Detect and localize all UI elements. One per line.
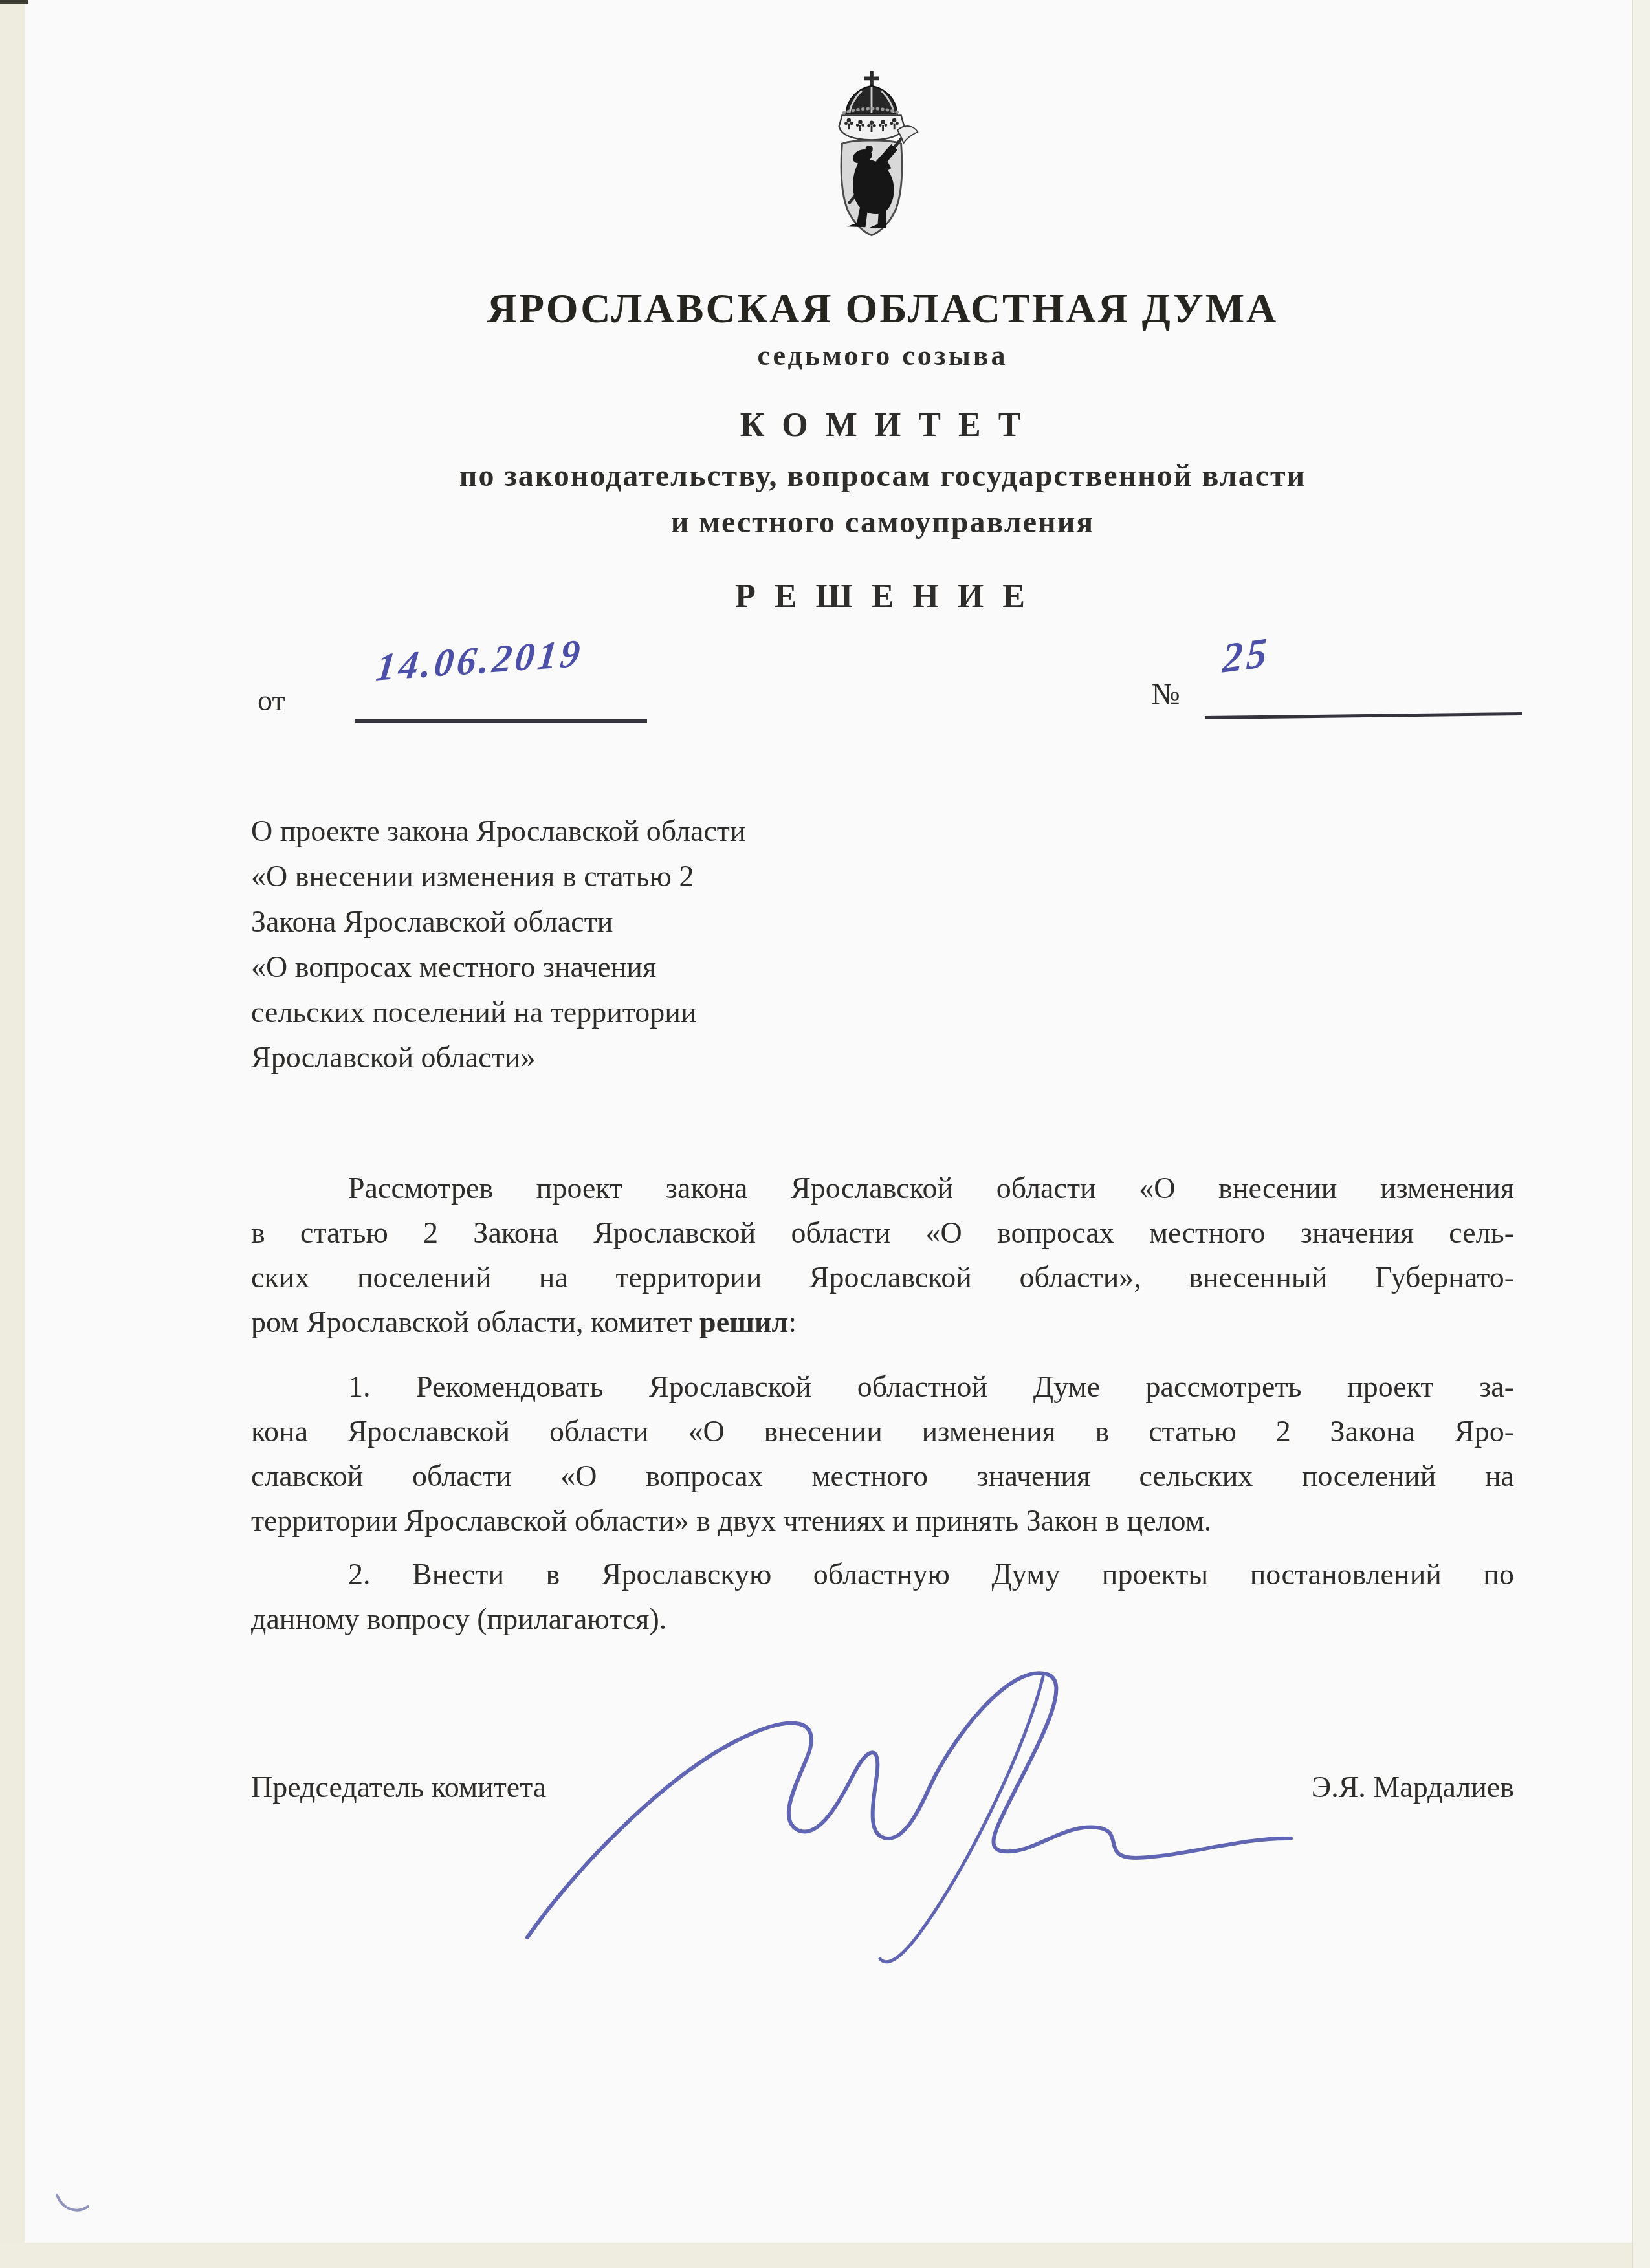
number-rule-line [1205,712,1522,719]
text-line: «О вопросах местного значения [251,944,995,990]
committee-description-line1: по законодательству, вопросам государств… [251,458,1514,494]
signature-ink-icon [453,1630,1359,1992]
text-line: Ярославской области» [251,1035,995,1080]
scan-edge-top-mark [0,0,28,4]
committee-heading: К О М И Т Е Т [251,406,1514,444]
decision-item-1: 1. Рекомендовать Ярославской областной Д… [251,1364,1514,1543]
text-line: 2. Внести в Ярославскую областную Думу п… [251,1552,1514,1597]
text-line: О проекте закона Ярославской области [251,809,995,854]
preamble-justified-lines: Рассмотрев проект закона Ярославской обл… [251,1166,1514,1300]
scan-edge-left-strip [0,0,25,2268]
date-label: от [258,683,285,717]
handwritten-number: 25 [1222,628,1271,683]
preamble-last-line: ром Ярославской области, комитет решил: [251,1300,1514,1344]
date-rule-line [355,719,647,723]
text-line: территории Ярославской области» в двух ч… [251,1498,1514,1543]
text-line: Закона Ярославской области [251,899,995,944]
text-line: ских поселений на территории Ярославской… [251,1255,1514,1300]
preamble-last-line-prefix: ром Ярославской области, комитет [251,1305,699,1338]
text-line: 1. Рекомендовать Ярославской областной Д… [251,1364,1514,1409]
text-line: славской области «О вопросах местного зн… [251,1454,1514,1498]
convocation-subheading: седьмого созыва [251,339,1514,372]
decision-item-2: 2. Внести в Ярославскую областную Думу п… [251,1552,1514,1641]
coat-of-arms-icon [810,69,933,245]
org-name-heading: ЯРОСЛАВСКАЯ ОБЛАСТНАЯ ДУМА [251,285,1514,333]
text-line: Рассмотрев проект закона Ярославской обл… [251,1166,1514,1210]
stray-ink-mark [52,2190,97,2219]
subject-block: О проекте закона Ярославской области«О в… [251,809,995,1080]
text-line: в статью 2 Закона Ярославской области «О… [251,1210,1514,1255]
text-line: «О внесении изменения в статью 2 [251,854,995,899]
resolved-keyword: решил [699,1305,788,1338]
committee-description-line2: и местного самоуправления [251,505,1514,540]
number-label: № [1152,677,1180,711]
crown-cross-icon [864,71,879,87]
document-type-heading: Р Е Ш Е Н И Е [251,578,1514,616]
preamble-last-line-suffix: : [788,1305,797,1338]
scanned-document-page: ЯРОСЛАВСКАЯ ОБЛАСТНАЯ ДУМА седьмого созы… [0,0,1650,2268]
preamble-paragraph: Рассмотрев проект закона Ярославской обл… [251,1166,1514,1344]
scan-edge-bottom-strip [0,2243,1650,2268]
text-line: сельских поселений на территории [251,990,995,1035]
text-line: кона Ярославской области «О внесении изм… [251,1409,1514,1454]
handwritten-date: 14.06.2019 [374,631,586,690]
scan-edge-right-strip [1632,0,1650,2268]
